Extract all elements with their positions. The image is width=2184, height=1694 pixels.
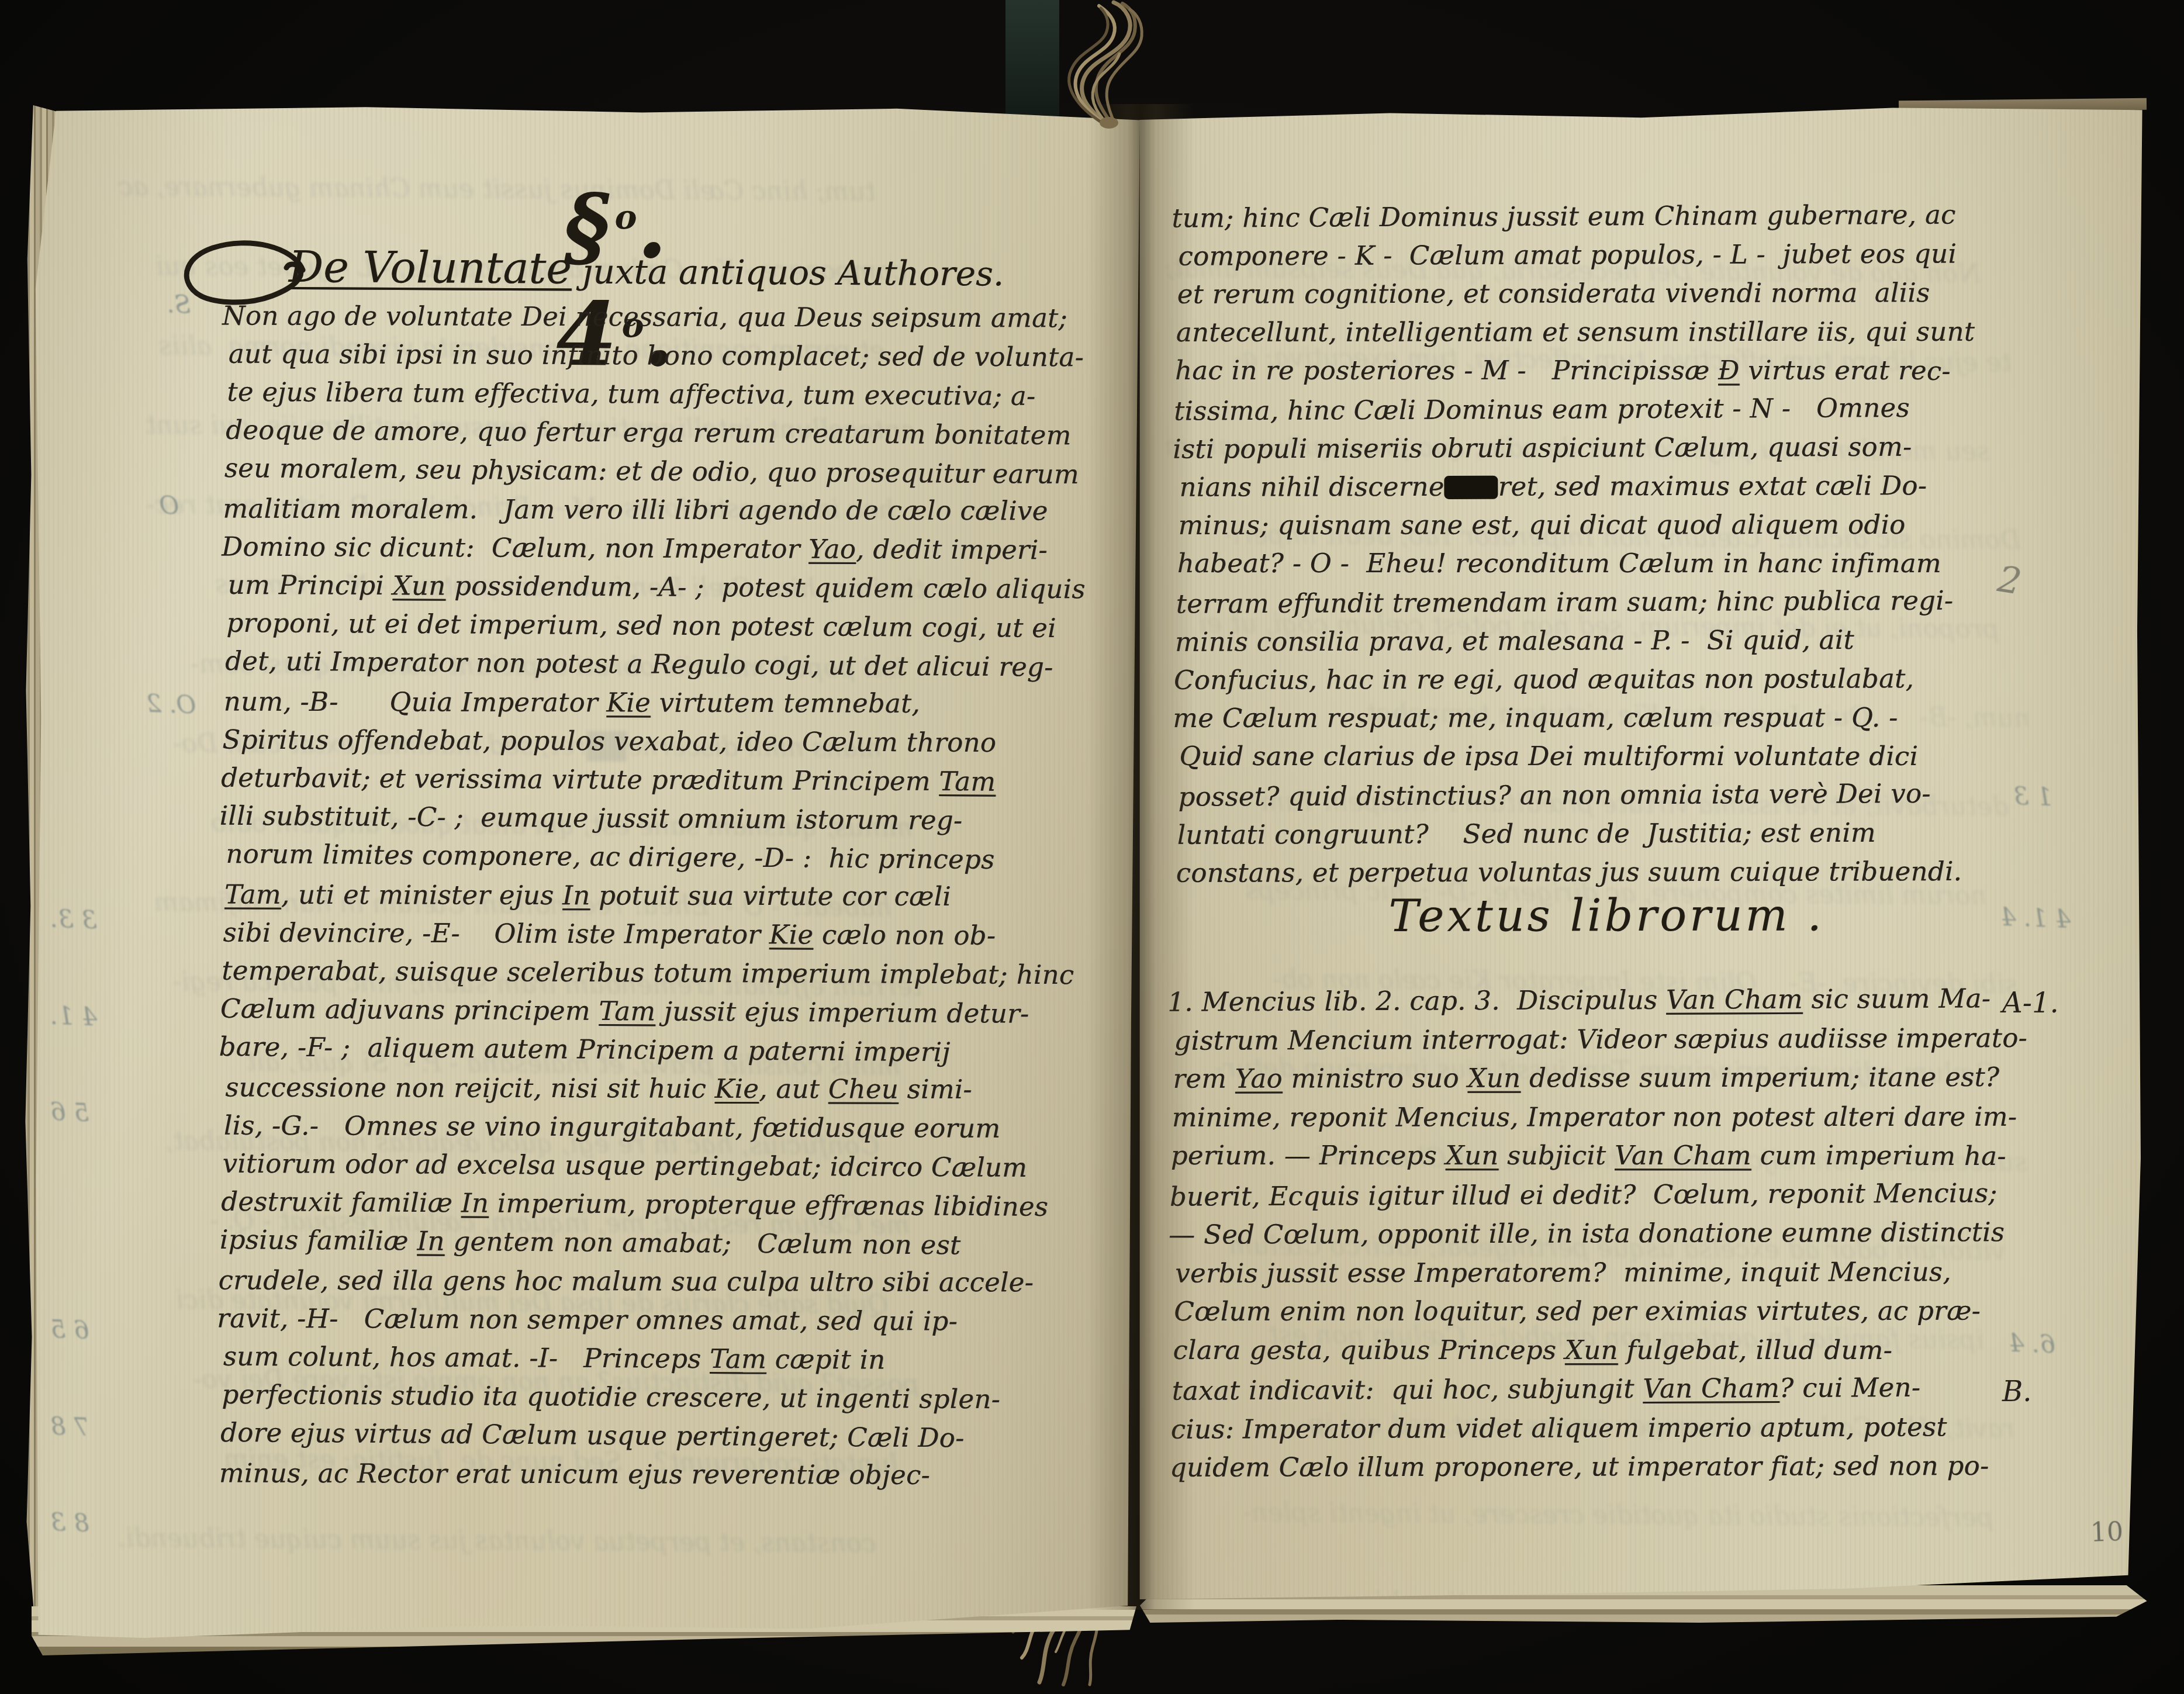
manuscript-line: temperabat, suisque sceleribus totum imp… — [222, 955, 1087, 991]
initial-flourish — [179, 240, 325, 316]
manuscript-line: Spiritus offendebat, populos vexabat, id… — [222, 724, 1087, 759]
manuscript-line: um Principi Xun possidendum, -A- ; potes… — [228, 569, 1093, 606]
manuscript-line: Domino sic dicunt: Cælum, non Imperator … — [222, 531, 1087, 566]
manuscript-line: te ejus libera tum effectiva, tum affect… — [227, 376, 1092, 413]
manuscript-line: sibi devincire, -E- Olim iste Imperator … — [223, 917, 1088, 952]
binding-thread-top — [1020, 0, 1195, 129]
margin-reference-label: A-1. — [2002, 987, 2059, 1019]
margin-reference-labels: A-1.B. — [1139, 104, 2144, 1610]
manuscript-line: Non ago de voluntate Dei necessaria, qua… — [222, 300, 1087, 334]
right-page: Non ago de voluntate Dei necessaria, qua… — [1139, 104, 2144, 1610]
manuscript-line: Cælum adjuvans principem Tam jussit ejus… — [220, 993, 1086, 1031]
manuscript-line: aut qua sibi ipsi in suo infinito bono c… — [229, 338, 1094, 374]
manuscript-line: ipsius familiæ In gentem non amabat; Cæl… — [220, 1224, 1085, 1262]
photo-background: tum; hinc Cæli Dominus jussit eum Chinam… — [0, 0, 2184, 1694]
manuscript-line: seu moralem, seu physicam: et de odio, q… — [224, 452, 1090, 490]
manuscript-line: lis, -G.- Omnes se vino ingurgitabant, f… — [224, 1110, 1089, 1145]
manuscript-line: destruxit familiæ In imperium, propterqu… — [221, 1186, 1086, 1223]
manuscript-line: det, uti Imperator non potest a Regulo c… — [225, 645, 1090, 683]
manuscript-line: illi substituit, -C- ; eumque jussit omn… — [219, 800, 1084, 838]
manuscript-line: num, -B- Quia Imperator Kie virtutem tem… — [224, 686, 1089, 720]
manuscript-line: proponi, ut ei det imperium, sed non pot… — [226, 607, 1091, 645]
manuscript-line: Tam, uti et minister ejus In potuit sua … — [224, 879, 1090, 913]
left-text-block: Non ago de voluntate Dei necessaria, qua… — [26, 104, 1140, 1644]
margin-reference-label: B. — [2002, 1375, 2032, 1408]
manuscript-line: deoque de amore, quo fertur erga rerum c… — [226, 414, 1091, 452]
manuscript-line: successione non reijcit, nisi sit huic K… — [225, 1072, 1090, 1106]
manuscript-line: perfectionis studio ita quotidie crescer… — [222, 1379, 1087, 1416]
manuscript-line: bare, -F- ; aliquem autem Principem a pa… — [219, 1031, 1084, 1069]
manuscript-line: deturbavit; et verissima virtute præditu… — [221, 762, 1086, 798]
manuscript-line: sum colunt, hos amat. -I- Princeps Tam c… — [223, 1341, 1088, 1377]
manuscript-line: malitiam moralem. Jam vero illi libri ag… — [223, 493, 1088, 527]
manuscript-line: vitiorum odor ad excelsa usque pertingeb… — [222, 1148, 1087, 1184]
manuscript-line: dore ejus virtus ad Cælum usque pertinge… — [220, 1417, 1086, 1455]
left-page: tum; hinc Cæli Dominus jussit eum Chinam… — [34, 104, 1140, 1638]
manuscript-line: crudele, sed illa gens hoc malum sua cul… — [218, 1264, 1083, 1298]
page-number: 10 — [2090, 1517, 2124, 1548]
manuscript-line: norum limites componere, ac dirigere, -D… — [226, 838, 1091, 876]
manuscript-line: ravit, -H- Cælum non semper omnes amat, … — [217, 1303, 1082, 1338]
manuscript-line: minus, ac Rector erat unicum ejus revere… — [219, 1457, 1084, 1491]
